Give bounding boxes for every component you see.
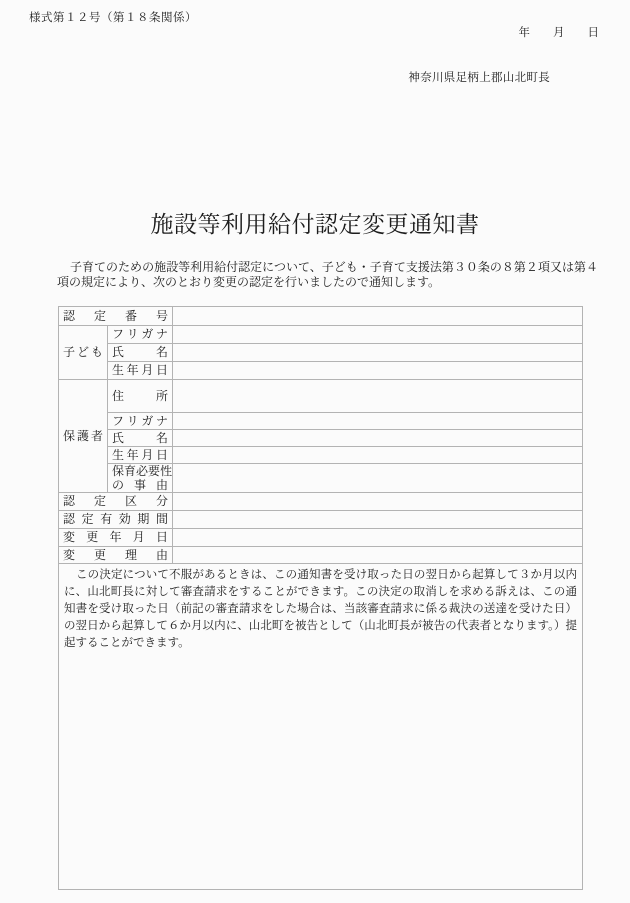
- child-furigana-value: [173, 326, 583, 344]
- childcare-reason-label-line1: 保育必要性: [112, 464, 168, 478]
- certification-valid-period-value: [173, 511, 583, 529]
- guardian-name-label: 氏名: [112, 431, 168, 446]
- change-reason-label: 変更理由: [63, 548, 168, 563]
- row-guardian-furigana: フリガナ: [59, 413, 583, 430]
- row-child-name: 氏名: [59, 344, 583, 362]
- child-name-label: 氏名: [112, 345, 168, 360]
- childcare-reason-label-line2: の事由: [112, 478, 168, 492]
- intro-paragraph: 子育てのための施設等利用給付認定について、子ども・子育て支援法第３０条の８第２項…: [57, 260, 598, 290]
- child-group-label: 子ども: [63, 345, 103, 360]
- guardian-name-value: [173, 430, 583, 447]
- row-guardian-birthdate: 生年月日: [59, 447, 583, 464]
- row-change-reason: 変更理由: [59, 547, 583, 564]
- guardian-birthdate-value: [173, 447, 583, 464]
- row-appeal-notice: この決定について不服があるときは、この通知書を受け取った日の翌日から起算して３か…: [59, 564, 583, 890]
- certification-form-table: 認定番号 子ども フリガナ 氏名 生: [58, 306, 583, 890]
- change-date-label: 変更年月日: [63, 530, 168, 545]
- row-change-date: 変更年月日: [59, 529, 583, 547]
- guardian-furigana-label: フリガナ: [112, 414, 168, 429]
- row-certification-valid-period: 認定有効期間: [59, 511, 583, 529]
- child-furigana-label: フリガナ: [112, 327, 168, 342]
- certification-valid-period-label: 認定有効期間: [63, 512, 168, 527]
- guardian-furigana-value: [173, 413, 583, 430]
- row-child-birthdate: 生年月日: [59, 362, 583, 380]
- guardian-birthdate-label: 生年月日: [112, 448, 168, 463]
- certification-number-value: [173, 307, 583, 326]
- child-name-value: [173, 344, 583, 362]
- addressee: 神奈川県足柄上郡山北町長: [408, 69, 550, 85]
- row-certification-number: 認定番号: [59, 307, 583, 326]
- certification-category-value: [173, 493, 583, 511]
- childcare-reason-value: [173, 464, 583, 493]
- child-birthdate-value: [173, 362, 583, 380]
- row-certification-category: 認定区分: [59, 493, 583, 511]
- appeal-notice-text: この決定について不服があるときは、この通知書を受け取った日の翌日から起算して３か…: [64, 567, 577, 652]
- certification-category-label: 認定区分: [63, 494, 168, 509]
- change-reason-value: [173, 547, 583, 564]
- row-guardian-name: 氏名: [59, 430, 583, 447]
- row-child-furigana: 子ども フリガナ: [59, 326, 583, 344]
- guardian-address-label: 住所: [112, 389, 168, 404]
- date-field: 年 月 日: [519, 24, 600, 40]
- page-title: 施設等利用給付認定変更通知書: [0, 206, 630, 239]
- document-page: 様式第１２号（第１８条関係） 年 月 日 神奈川県足柄上郡山北町長 施設等利用給…: [0, 0, 630, 903]
- child-birthdate-label: 生年月日: [112, 363, 168, 378]
- row-childcare-reason: 保育必要性 の事由: [59, 464, 583, 493]
- change-date-value: [173, 529, 583, 547]
- guardian-group-label: 保護者: [63, 429, 103, 444]
- row-guardian-address: 保護者 住所: [59, 380, 583, 413]
- form-number: 様式第１２号（第１８条関係）: [29, 9, 197, 25]
- certification-number-label: 認定番号: [63, 309, 168, 324]
- guardian-address-value: [173, 380, 583, 413]
